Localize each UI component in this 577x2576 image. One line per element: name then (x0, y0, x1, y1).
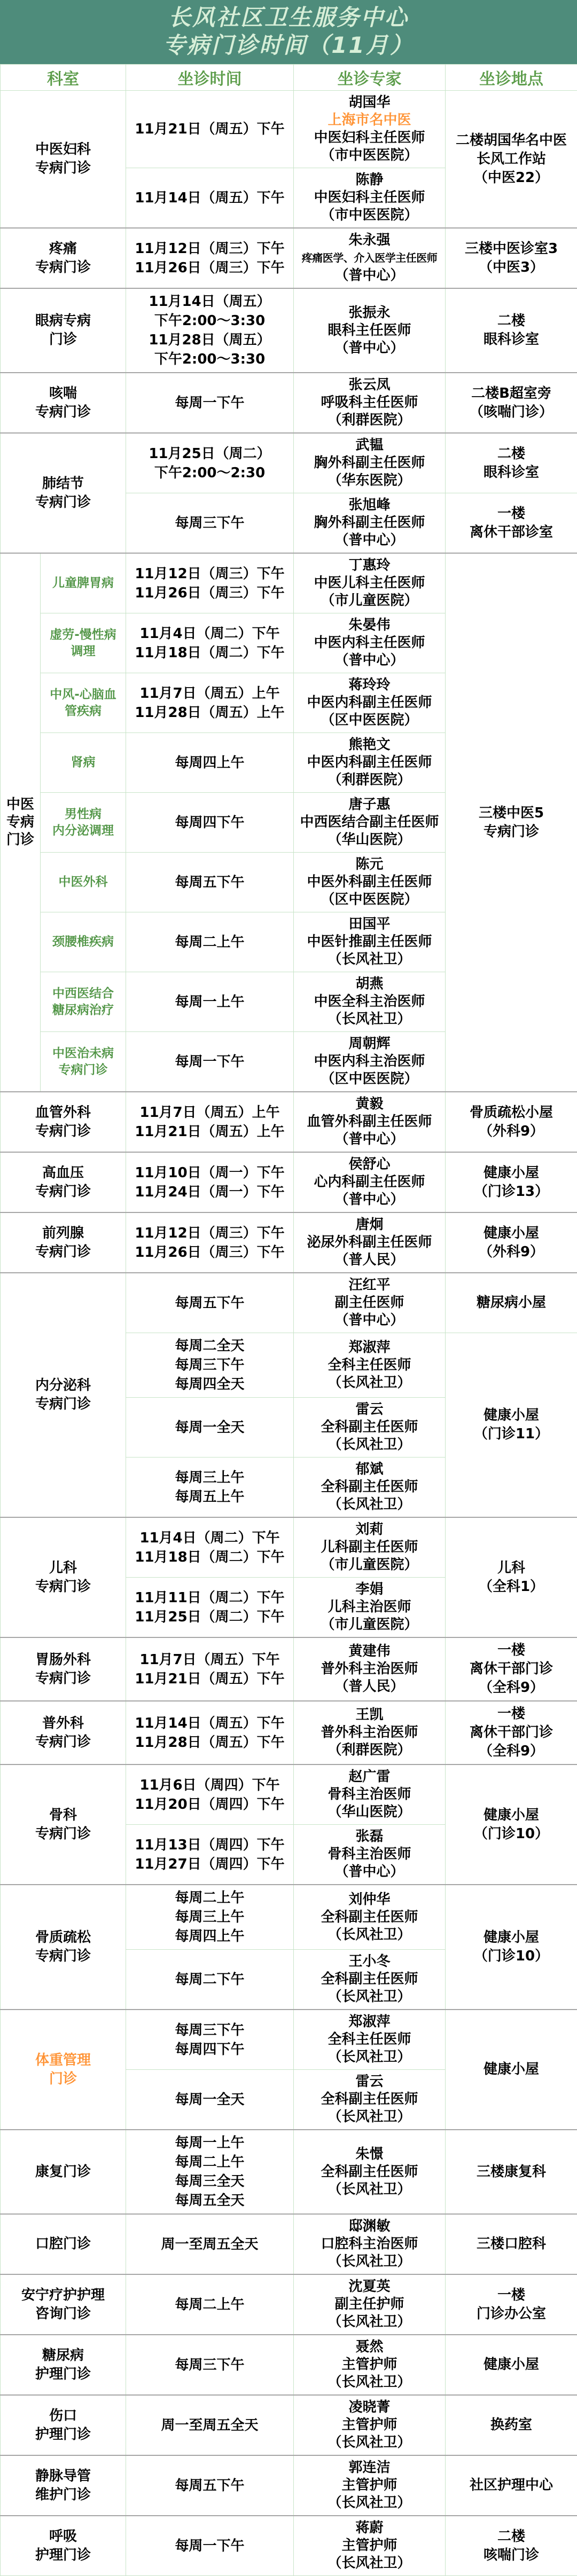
time-cell: 11月7日（周五）上午11月21日（周五）上午 (126, 1092, 294, 1152)
expert-name: 陈元 (296, 856, 443, 873)
time-cell: 每周一上午每周二上午每周三全天每周五全天 (126, 2130, 294, 2214)
time-cell: 11月14日（周五）下午11月28日（周五）下午 (126, 1701, 294, 1764)
expert-name: 李娟 (296, 1581, 443, 1598)
expert-name: 蒋玲玲 (296, 676, 443, 694)
expert-name: 陈静 (296, 171, 443, 189)
time-cell: 每周一下午 (126, 1032, 294, 1092)
expert-name: 唐炯 (296, 1216, 443, 1234)
location-cell: 二楼B超室旁（咳喘门诊） (446, 373, 577, 433)
expert-cell: 胡国华上海市名中医中医妇科主任医师（市中医医院） (294, 91, 446, 168)
column-header-location: 坐诊地点 (446, 65, 577, 91)
expert-name: 郭连洁 (296, 2459, 443, 2477)
expert-name: 黄毅 (296, 1096, 443, 1113)
department-cell: 骨质疏松专病门诊 (1, 1885, 126, 2010)
department-cell: 糖尿病护理门诊 (1, 2335, 126, 2395)
time-cell: 每周一下午 (126, 373, 294, 433)
expert-cell: 王凯普外科主治医师（利群医院） (294, 1701, 446, 1764)
department-cell: 眼病专病门诊 (1, 288, 126, 373)
expert-cell: 朱永强疼痛医学、介入医学主任医师（普中心） (294, 228, 446, 288)
time-cell: 11月4日（周二）下午11月18日（周二）下午 (126, 1517, 294, 1578)
expert-name: 侯舒心 (296, 1156, 443, 1173)
table-row: 眼病专病门诊11月14日（周五）下午2:00～3:3011月28日（周五）下午2… (1, 288, 577, 373)
time-cell: 每周三下午 (126, 2335, 294, 2395)
expert-cell: 雷云全科副主任医师（长风社卫） (294, 1398, 446, 1458)
time-cell: 11月7日（周五）上午11月28日（周五）上午 (126, 673, 294, 733)
expert-name: 朱晏伟 (296, 617, 443, 634)
department-cell: 中医妇科专病门诊 (1, 91, 126, 229)
department-cell: 前列腺专病门诊 (1, 1212, 126, 1273)
table-row: 伤口护理门诊周一至周五全天凌晓菁主管护师（长风社卫）换药室 (1, 2395, 577, 2455)
department-cell: 伤口护理门诊 (1, 2395, 126, 2455)
expert-cell: 郭连洁主管护师（长风社卫） (294, 2455, 446, 2516)
location-cell: 健康小屋（外科9） (446, 1212, 577, 1273)
table-row: 儿科专病门诊11月4日（周二）下午11月18日（周二）下午刘莉儿科副主任医师（市… (1, 1517, 577, 1578)
location-cell: 三楼口腔科 (446, 2214, 577, 2274)
table-row: 疼痛专病门诊11月12日（周三）下午11月26日（周三）下午朱永强疼痛医学、介入… (1, 228, 577, 288)
expert-cell: 田国平中医针推副主任医师（长风社卫） (294, 912, 446, 972)
expert-name: 聂然 (296, 2338, 443, 2356)
department-cell: 口腔门诊 (1, 2214, 126, 2274)
location-cell: 健康小屋（门诊11） (446, 1333, 577, 1518)
expert-name: 张振永 (296, 304, 443, 322)
location-cell: 一楼离休干部诊室 (446, 493, 577, 554)
department-cell: 高血压专病门诊 (1, 1152, 126, 1212)
banner-title-line1: 长风社区卫生服务中心 (0, 4, 577, 31)
time-cell: 11月12日（周三）下午11月26日（周三）下午 (126, 553, 294, 613)
location-cell: 二楼眼科诊室 (446, 433, 577, 493)
expert-name: 郑淑萍 (296, 2013, 443, 2031)
table-row: 内分泌科专病门诊每周五下午汪红平副主任医师（普中心）糖尿病小屋 (1, 1273, 577, 1333)
location-cell: 二楼眼科诊室 (446, 288, 577, 373)
expert-name: 雷云 (296, 2073, 443, 2091)
expert-cell: 刘莉儿科副主任医师（市儿童医院） (294, 1517, 446, 1578)
time-cell: 每周三下午每周四下午 (126, 2010, 294, 2070)
location-cell: 三楼中医5专病门诊 (446, 553, 577, 1092)
expert-cell: 王小冬全科副主任医师（长风社卫） (294, 1950, 446, 2010)
table-row: 普外科专病门诊11月14日（周五）下午11月28日（周五）下午王凯普外科主治医师… (1, 1701, 577, 1764)
expert-cell: 张旭峰胸外科副主任医师（普中心） (294, 493, 446, 554)
department-cell: 肺结节专病门诊 (1, 433, 126, 553)
location-cell: 一楼门诊办公室 (446, 2274, 577, 2335)
location-cell: 一楼离休干部门诊（全科9） (446, 1637, 577, 1701)
expert-name: 刘仲华 (296, 1891, 443, 1909)
department-cell: 血管外科专病门诊 (1, 1092, 126, 1152)
table-row: 胃肠外科专病门诊11月7日（周五）下午11月21日（周五）下午黄建伟普外科主治医… (1, 1637, 577, 1701)
time-cell: 每周一下午 (126, 2516, 294, 2576)
expert-cell: 汪红平副主任医师（普中心） (294, 1273, 446, 1333)
expert-name: 胡国华 (296, 94, 443, 112)
time-cell: 每周四下午 (126, 793, 294, 853)
sub-department-cell: 男性病内分泌调理 (41, 793, 126, 853)
expert-cell: 李娟儿科主治医师（市儿童医院） (294, 1578, 446, 1638)
location-cell: 一楼离休干部门诊（全科9） (446, 1701, 577, 1764)
time-cell: 每周一全天 (126, 1398, 294, 1458)
expert-name: 张旭峰 (296, 497, 443, 514)
time-cell: 11月12日（周三）下午11月26日（周三）下午 (126, 1212, 294, 1273)
department-cell: 呼吸护理门诊 (1, 2516, 126, 2576)
expert-name: 黄建伟 (296, 1643, 443, 1660)
sub-department-cell: 中医治未病专病门诊 (41, 1032, 126, 1092)
department-cell: 咳喘专病门诊 (1, 373, 126, 433)
expert-cell: 郑淑萍全科主任医师（长风社卫） (294, 2010, 446, 2070)
expert-cell: 聂然主管护师（长风社卫） (294, 2335, 446, 2395)
expert-cell: 凌晓菁主管护师（长风社卫） (294, 2395, 446, 2455)
expert-name: 汪红平 (296, 1277, 443, 1294)
expert-cell: 邸渊敏口腔科主治医师（长风社卫） (294, 2214, 446, 2274)
time-cell: 每周二下午 (126, 1950, 294, 2010)
sub-department-cell: 肾病 (41, 733, 126, 793)
table-row: 前列腺专病门诊11月12日（周三）下午11月26日（周三）下午唐炯泌尿外科副主任… (1, 1212, 577, 1273)
time-cell: 每周四上午 (126, 733, 294, 793)
expert-cell: 沈夏英副主任护师（长风社卫） (294, 2274, 446, 2335)
location-cell: 儿科（全科1） (446, 1517, 577, 1637)
location-cell: 二楼胡国华名中医长风工作站（中医22） (446, 91, 577, 229)
time-cell: 11月11日（周二）下午11月25日（周二）下午 (126, 1578, 294, 1638)
location-cell: 换药室 (446, 2395, 577, 2455)
sub-department-cell: 虚劳-慢性病调理 (41, 613, 126, 673)
expert-cell: 武韫胸外科副主任医师（华东医院） (294, 433, 446, 493)
expert-name: 刘莉 (296, 1521, 443, 1539)
expert-name: 田国平 (296, 916, 443, 933)
column-header-expert: 坐诊专家 (294, 65, 446, 91)
time-cell: 每周一上午 (126, 972, 294, 1032)
time-cell: 每周三上午每周五上午 (126, 1458, 294, 1518)
table-row: 血管外科专病门诊11月7日（周五）上午11月21日（周五）上午黄毅血管外科副主任… (1, 1092, 577, 1152)
time-cell: 11月14日（周五）下午2:00～3:3011月28日（周五）下午2:00～3:… (126, 288, 294, 373)
expert-name: 武韫 (296, 437, 443, 454)
expert-cell: 唐子惠中西医结合副主任医师（华山医院） (294, 793, 446, 853)
table-row: 肺结节专病门诊11月25日（周二）下午2:00～2:30武韫胸外科副主任医师（华… (1, 433, 577, 493)
location-cell: 健康小屋 (446, 2335, 577, 2395)
table-row: 咳喘专病门诊每周一下午张云凤呼吸科主任医师（利群医院）二楼B超室旁（咳喘门诊） (1, 373, 577, 433)
table-row: 高血压专病门诊11月10日（周一）下午11月24日（周一）下午侯舒心心内科副主任… (1, 1152, 577, 1212)
expert-name: 熊艳文 (296, 736, 443, 754)
time-cell: 每周二全天每周三下午每周四全天 (126, 1333, 294, 1398)
location-cell: 社区护理中心 (446, 2455, 577, 2516)
expert-cell: 郑淑萍全科主任医师（长风社卫） (294, 1333, 446, 1398)
expert-name: 张云凤 (296, 376, 443, 394)
time-cell: 每周一全天 (126, 2070, 294, 2130)
expert-honor-badge: 上海市名中医 (296, 112, 443, 129)
header-row: 科室 坐诊时间 坐诊专家 坐诊地点 (1, 65, 577, 91)
expert-cell: 赵广雷骨科主治医师（华山医院） (294, 1764, 446, 1825)
sub-department-cell: 中西医结合糖尿病治疗 (41, 972, 126, 1032)
location-cell: 健康小屋（门诊13） (446, 1152, 577, 1212)
department-cell: 儿科专病门诊 (1, 1517, 126, 1637)
expert-cell: 唐炯泌尿外科副主任医师（普人民） (294, 1212, 446, 1273)
expert-cell: 陈静中医妇科主任医师（市中医医院） (294, 168, 446, 229)
expert-name: 王凯 (296, 1706, 443, 1724)
expert-name: 沈夏英 (296, 2278, 443, 2296)
time-cell: 11月6日（周四）下午11月20日（周四）下午 (126, 1764, 294, 1825)
time-cell: 周一至周五全天 (126, 2395, 294, 2455)
table-row: 糖尿病护理门诊每周三下午聂然主管护师（长风社卫）健康小屋 (1, 2335, 577, 2395)
time-cell: 11月14日（周五）下午 (126, 168, 294, 229)
location-cell: 糖尿病小屋 (446, 1273, 577, 1333)
department-cell: 体重管理门诊 (1, 2010, 126, 2130)
expert-cell: 黄毅血管外科副主任医师（普中心） (294, 1092, 446, 1152)
table-row: 静脉导管维护门诊每周五下午郭连洁主管护师（长风社卫）社区护理中心 (1, 2455, 577, 2516)
banner-title-line2: 专病门诊时间（11月） (0, 31, 577, 59)
table-row: 体重管理门诊每周三下午每周四下午郑淑萍全科主任医师（长风社卫）健康小屋 (1, 2010, 577, 2070)
expert-name: 赵广雷 (296, 1768, 443, 1786)
expert-cell: 陈元中医外科副主任医师（区中医医院） (294, 853, 446, 912)
expert-cell: 朱憬全科副主任医师（长风社卫） (294, 2130, 446, 2214)
department-cell: 骨科专病门诊 (1, 1764, 126, 1885)
time-cell: 每周五下午 (126, 2455, 294, 2516)
expert-name: 雷云 (296, 1401, 443, 1419)
sub-department-cell: 儿童脾胃病 (41, 553, 126, 613)
time-cell: 11月7日（周五）下午11月21日（周五）下午 (126, 1637, 294, 1701)
column-header-time: 坐诊时间 (126, 65, 294, 91)
expert-cell: 侯舒心心内科副主任医师（普中心） (294, 1152, 446, 1212)
expert-name: 丁惠玲 (296, 557, 443, 574)
expert-name: 凌晓菁 (296, 2399, 443, 2416)
time-cell: 每周三下午 (126, 493, 294, 554)
sub-department-cell: 颈腰椎疾病 (41, 912, 126, 972)
time-cell: 11月4日（周二）下午11月18日（周二）下午 (126, 613, 294, 673)
department-cell: 康复门诊 (1, 2130, 126, 2214)
location-cell: 三楼中医诊室3（中医3） (446, 228, 577, 288)
location-cell: 骨质疏松小屋（外科9） (446, 1092, 577, 1152)
table-row: 康复门诊每周一上午每周二上午每周三全天每周五全天朱憬全科副主任医师（长风社卫）三… (1, 2130, 577, 2214)
expert-name: 周朝辉 (296, 1035, 443, 1053)
time-cell: 11月12日（周三）下午11月26日（周三）下午 (126, 228, 294, 288)
expert-cell: 雷云全科副主任医师（长风社卫） (294, 2070, 446, 2130)
time-cell: 11月10日（周一）下午11月24日（周一）下午 (126, 1152, 294, 1212)
time-cell: 每周二上午每周三上午每周四上午 (126, 1885, 294, 1950)
location-cell: 二楼咳喘门诊 (446, 2516, 577, 2576)
expert-name: 郑淑萍 (296, 1339, 443, 1357)
column-header-department: 科室 (1, 65, 126, 91)
expert-cell: 蒋玲玲中医内科副主任医师（区中医医院） (294, 673, 446, 733)
expert-name: 朱永强 (296, 232, 443, 249)
time-cell: 每周二上午 (126, 2274, 294, 2335)
expert-cell: 朱晏伟中医内科主任医师（普中心） (294, 613, 446, 673)
expert-cell: 刘仲华全科副主任医师（长风社卫） (294, 1885, 446, 1950)
sub-department-cell: 中风-心脑血管疾病 (41, 673, 126, 733)
time-cell: 每周五下午 (126, 853, 294, 912)
expert-cell: 张振永眼科主任医师（普中心） (294, 288, 446, 373)
expert-cell: 张云凤呼吸科主任医师（利群医院） (294, 373, 446, 433)
table-row: 骨科专病门诊11月6日（周四）下午11月20日（周四）下午赵广雷骨科主治医师（华… (1, 1764, 577, 1825)
department-cell: 胃肠外科专病门诊 (1, 1637, 126, 1701)
location-cell: 三楼康复科 (446, 2130, 577, 2214)
expert-cell: 熊艳文中医内科副主任医师（利群医院） (294, 733, 446, 793)
expert-name: 张磊 (296, 1828, 443, 1846)
expert-cell: 郁斌全科副主任医师（长风社卫） (294, 1458, 446, 1518)
expert-cell: 黄建伟普外科主治医师（普人民） (294, 1637, 446, 1701)
expert-name: 蒋蔚 (296, 2519, 443, 2537)
department-cell: 内分泌科专病门诊 (1, 1273, 126, 1517)
expert-name: 胡燕 (296, 975, 443, 993)
expert-name: 郁斌 (296, 1461, 443, 1478)
time-cell: 每周二上午 (126, 912, 294, 972)
expert-name: 邸渊敏 (296, 2218, 443, 2235)
table-row: 安宁疗护护理咨询门诊每周二上午沈夏英副主任护师（长风社卫）一楼门诊办公室 (1, 2274, 577, 2335)
expert-cell: 张磊骨科主治医师（普中心） (294, 1825, 446, 1885)
location-cell: 健康小屋 (446, 2010, 577, 2130)
department-cell: 安宁疗护护理咨询门诊 (1, 2274, 126, 2335)
time-cell: 周一至周五全天 (126, 2214, 294, 2274)
department-cell: 普外科专病门诊 (1, 1701, 126, 1764)
table-row: 骨质疏松专病门诊每周二上午每周三上午每周四上午刘仲华全科副主任医师（长风社卫）健… (1, 1885, 577, 1950)
expert-cell: 周朝辉中医内科主治医师（区中医医院） (294, 1032, 446, 1092)
time-cell: 11月13日（周四）下午11月27日（周四）下午 (126, 1825, 294, 1885)
department-group-label: 中医专病门诊 (1, 553, 41, 1092)
schedule-body: 中医妇科专病门诊11月21日（周五）下午胡国华上海市名中医中医妇科主任医师（市中… (1, 91, 577, 2576)
schedule-table: 科室 坐诊时间 坐诊专家 坐诊地点 中医妇科专病门诊11月21日（周五）下午胡国… (0, 64, 577, 2576)
expert-cell: 蒋蔚主管护师（长风社卫） (294, 2516, 446, 2576)
time-cell: 11月25日（周二）下午2:00～2:30 (126, 433, 294, 493)
table-row: 呼吸护理门诊每周一下午蒋蔚主管护师（长风社卫）二楼咳喘门诊 (1, 2516, 577, 2576)
table-row: 中医专病门诊儿童脾胃病11月12日（周三）下午11月26日（周三）下午丁惠玲中医… (1, 553, 577, 613)
expert-name: 王小冬 (296, 1953, 443, 1971)
sub-department-cell: 中医外科 (41, 853, 126, 912)
time-cell: 每周五下午 (126, 1273, 294, 1333)
time-cell: 11月21日（周五）下午 (126, 91, 294, 168)
location-cell: 健康小屋（门诊10） (446, 1764, 577, 1885)
department-cell: 疼痛专病门诊 (1, 228, 126, 288)
banner: 长风社区卫生服务中心 专病门诊时间（11月） (0, 0, 577, 64)
department-cell: 静脉导管维护门诊 (1, 2455, 126, 2516)
expert-name: 唐子惠 (296, 796, 443, 814)
expert-cell: 丁惠玲中医儿科主任医师（市儿童医院） (294, 553, 446, 613)
table-row: 口腔门诊周一至周五全天邸渊敏口腔科主治医师（长风社卫）三楼口腔科 (1, 2214, 577, 2274)
expert-cell: 胡燕中医全科主治医师（长风社卫） (294, 972, 446, 1032)
table-row: 中医妇科专病门诊11月21日（周五）下午胡国华上海市名中医中医妇科主任医师（市中… (1, 91, 577, 168)
expert-name: 朱憬 (296, 2146, 443, 2163)
location-cell: 健康小屋（门诊10） (446, 1885, 577, 2010)
